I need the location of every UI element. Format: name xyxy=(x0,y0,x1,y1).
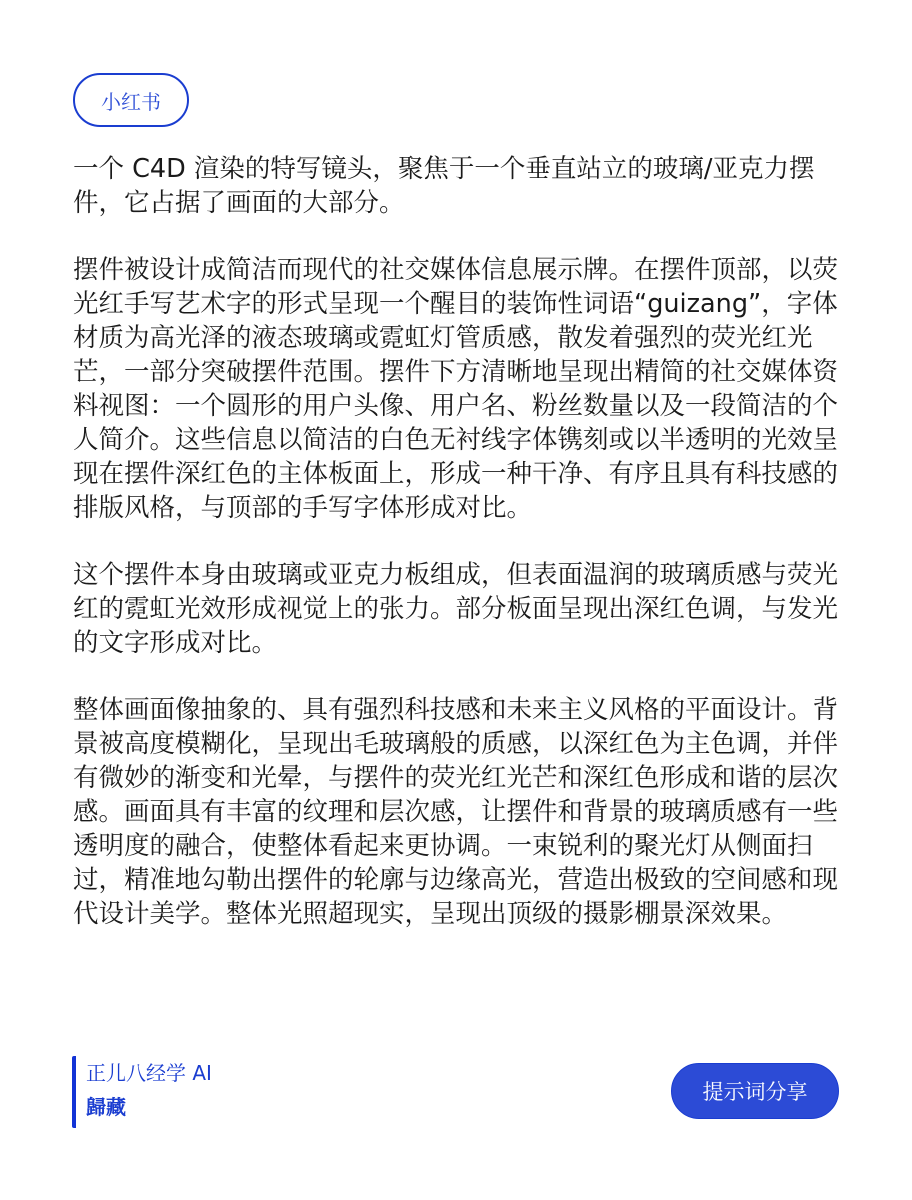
paragraph: 摆件被设计成简洁而现代的社交媒体信息展示牌。在摆件顶部，以荧光红手写艺术字的形式… xyxy=(73,253,843,525)
platform-tag: 小红书 xyxy=(73,73,189,127)
author-block: 正儿八经学 AI 歸藏 xyxy=(72,1056,212,1128)
share-prompt-button[interactable]: 提示词分享 xyxy=(671,1063,839,1119)
share-prompt-label: 提示词分享 xyxy=(703,1076,808,1106)
platform-tag-label: 小红书 xyxy=(101,86,161,115)
prompt-content: 一个 C4D 渲染的特写镜头，聚焦于一个垂直站立的玻璃/亚克力摆件，它占据了画面… xyxy=(73,152,843,964)
author-name: 正儿八经学 AI xyxy=(86,1056,212,1090)
author-subtitle: 歸藏 xyxy=(86,1090,212,1124)
paragraph: 整体画面像抽象的、具有强烈科技感和未来主义风格的平面设计。背景被高度模糊化，呈现… xyxy=(73,693,843,931)
paragraph: 一个 C4D 渲染的特写镜头，聚焦于一个垂直站立的玻璃/亚克力摆件，它占据了画面… xyxy=(73,152,843,220)
paragraph: 这个摆件本身由玻璃或亚克力板组成，但表面温润的玻璃质感与荧光红的霓虹光效形成视觉… xyxy=(73,558,843,660)
